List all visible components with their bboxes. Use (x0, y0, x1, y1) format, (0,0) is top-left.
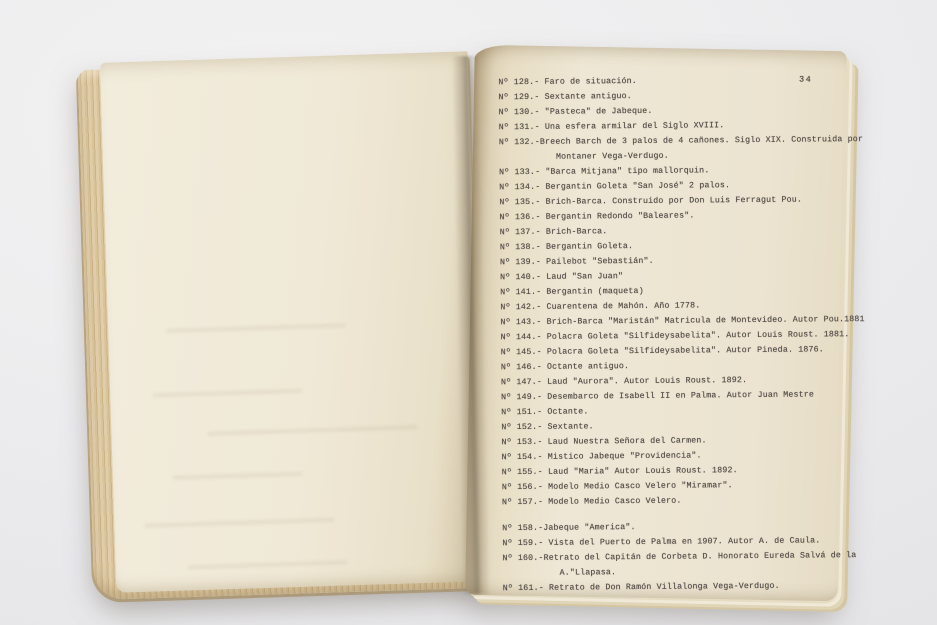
catalog-line: Nº 132.-Breech Barch de 3 palos de 4 cañ… (499, 132, 843, 150)
show-through-smudge (188, 560, 348, 569)
show-through-smudge (207, 425, 417, 436)
photo-background: 34 Nº 128.- Faro de situación.Nº 129.- S… (0, 0, 937, 625)
left-page-blank (100, 51, 484, 592)
show-through-smudge (173, 472, 303, 480)
catalog-line: Nº 149.- Desembarco de Isabell II en Pal… (501, 387, 845, 405)
catalog-line: Nº 157.- Modelo Medio Casco Velero. (502, 492, 846, 510)
catalog-list: Nº 128.- Faro de situación.Nº 129.- Sext… (498, 72, 847, 596)
catalog-line: Nº 161.- Retrato de Don Ramón Villalonga… (503, 578, 847, 596)
show-through-smudge (152, 389, 302, 398)
show-through-smudge (166, 323, 346, 333)
right-catalog-page: 34 Nº 128.- Faro de situación.Nº 129.- S… (465, 45, 847, 601)
show-through-smudge (144, 518, 334, 528)
catalog-line: Nº 135.- Brich-Barca. Construido por Don… (499, 192, 843, 210)
catalog-line: Nº 145.- Polacra Goleta "Silfideysabelit… (501, 342, 845, 360)
catalog-line: Nº 160.-Retrato del Capitán de Corbeta D… (502, 548, 846, 566)
